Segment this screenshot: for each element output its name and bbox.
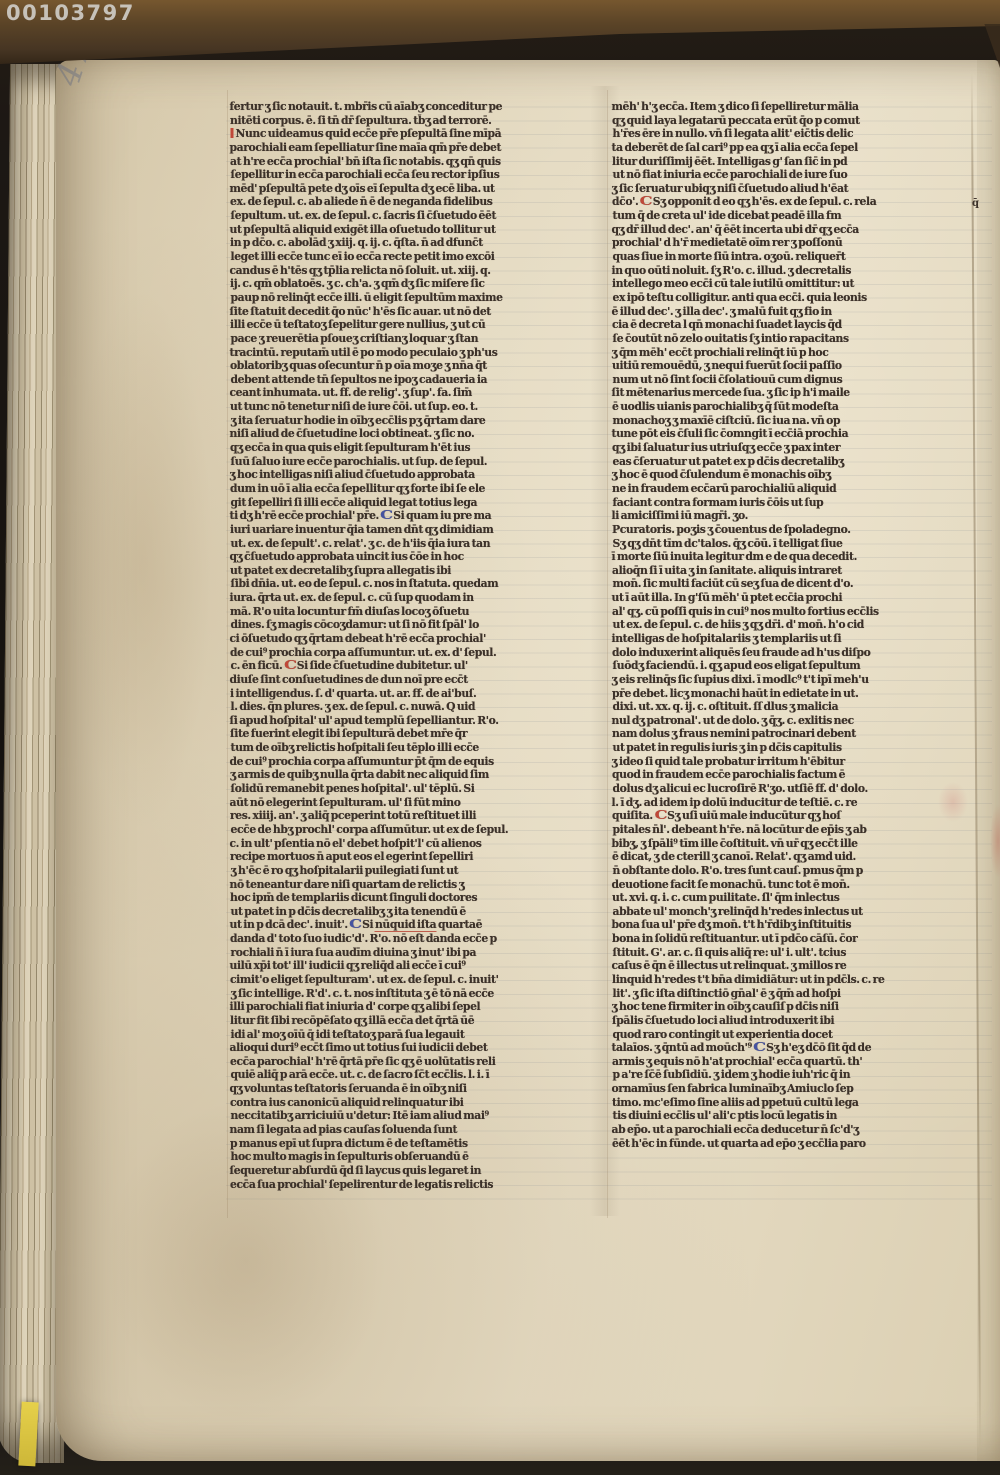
text-line: c. in ult' pſentia nō el' debet hoſpit'l… xyxy=(230,837,632,851)
text-line: pitales n̄l'. debeant h'r̄e. nā locūtur … xyxy=(613,823,989,837)
text-line: ʒ hoc tene firmiter in oībʒ cauſiſ p dc̄… xyxy=(612,1000,988,1014)
text-line: tune pōt eis c̄ſuli ſic c̄omngit ī ecc̄i… xyxy=(612,427,988,441)
red-paraph-mark: C xyxy=(284,660,296,670)
text-line: pr̄e debet. licʒ monachi haūt in edietat… xyxy=(612,687,988,701)
text-line: ſtituit. G'. ar. c. ſi quis aliq̄ re: ul… xyxy=(613,946,989,960)
text-line: ex. de ſepul. c. ab aliede n̄ ē de negan… xyxy=(230,195,632,209)
red-paraph-mark: C xyxy=(640,196,652,206)
parchment-stain xyxy=(72,290,212,830)
text-line: monachoʒ ʒ maxīē ciſtciū. ſic iua na. vn… xyxy=(613,414,989,428)
text-line: uilū xp̄i tot' ill' iudicii qʒ reliq̄d a… xyxy=(230,959,632,973)
text-line: pace ʒ reuerētia pſoueʒ criſtianʒ loquar… xyxy=(231,332,633,346)
text-line: aūt nō elegerint ſepulturam. ul' ſi fūt … xyxy=(230,796,632,810)
text-line: res. xiiij. an'. ʒ aliq̄ pceperint totū … xyxy=(230,809,632,823)
text-line: talaīos. ʒ q̄ntū ad moūch'⁹ CSʒ h'eʒ dc̄… xyxy=(612,1041,988,1055)
text-line: parochiali eam ſepelliatur ſine maīa qm̄… xyxy=(230,141,632,155)
text-line: ut ī aūt illa. In g'ſū mēh' ū ptet ecc̄i… xyxy=(612,591,988,605)
text-line: lit'. ʒ ſic iſta diſtinctiō gn̄al' ē ʒ q… xyxy=(613,987,989,1001)
text-line: ſite ſtatuit decedit q̄o nūc' h'ēs ſic a… xyxy=(230,305,632,319)
text-line: bona ſua ul' pr̄e dʒ mon̄. t't h'r̄dibʒ … xyxy=(612,918,988,932)
text-line: ut patet in regulis iuris ʒ in p dc̄is c… xyxy=(613,741,989,755)
text-line: at h're ecc̄a prochial' bn̄ iſta ſic not… xyxy=(230,155,632,169)
text-line: quas ſiue in morte ſiū intra. oʒoū. reli… xyxy=(613,250,989,264)
text-line: nul dʒ patronal'. ut de dolo. ʒ q̄ʒ. c. … xyxy=(612,714,988,728)
parchment-page: fertur ʒ ſic notauit. t. mbr̄is cū aīabʒ… xyxy=(56,60,1000,1461)
text-line: faciant contra formam iuris c̄ōis ut ſup xyxy=(613,496,989,510)
text-line: ecc̄a parochial' h'rē q̄rtā pr̄e ſic qʒ … xyxy=(230,1055,632,1069)
text-line: ſit mētenarius mercede ſua. ʒ ſic ip h'i… xyxy=(612,386,988,400)
text-line: ſuōdʒ faciendū. i. qʒ apud eos eligat ſe… xyxy=(613,659,989,673)
text-line: bona in ſolidū reſtituantur. ut ī pdc̄o … xyxy=(612,932,988,946)
text-line: oblatoribʒ quas oſecuntur n̄ p oīa moʒe … xyxy=(230,359,632,373)
text-line: ſepellitur in ecc̄a parochiali ecc̄a ſeu… xyxy=(231,168,633,182)
text-line: i intelligendus. ſ. d' quarta. ut. ar. f… xyxy=(230,687,632,701)
text-line: prochial' d h'r̄ medietatē oīm rer ʒ poſ… xyxy=(612,236,988,250)
text-line: tum q̄ de creta ul' ide dicebat peadē il… xyxy=(613,209,989,223)
text-line: Sʒ qʒ dn̄t tīm dc'talos. q̄ʒ cōū. ī tell… xyxy=(613,537,989,551)
text-line: alioq̄n ſi ī uita ʒ in ſanitate. aliquis… xyxy=(612,564,988,578)
text-line: ecc̄a ſua prochial' ſepelirentur de lega… xyxy=(230,1178,632,1192)
red-paraph-mark: C xyxy=(654,810,666,820)
bookmark-tab xyxy=(18,1402,38,1467)
margin-ink-mark: q̄ xyxy=(972,198,979,209)
text-line: armis ʒ equis nō h'at prochial' ecc̄a qu… xyxy=(612,1055,988,1069)
text-line: quod in fraudem ecc̄e parochialis factum… xyxy=(612,768,988,782)
text-line: dum in uō ī alia ecc̄a ſepellitur qʒ for… xyxy=(230,482,632,496)
text-line: nam ſi legata ad pias cauſas ſoluenda ſu… xyxy=(230,1123,632,1137)
text-line: in quo oūti noluit. ſʒ R'o. c. illud. ʒ … xyxy=(612,264,988,278)
text-line: quod raro contingit ut experientia docet xyxy=(613,1028,989,1042)
text-line: deuotione facit ſe monachū. tunc tot ē m… xyxy=(612,878,988,892)
text-line: ʒ armis de quibʒ nulla q̄rta dabit nec a… xyxy=(230,768,632,782)
text-line: ut. ex. de ſepult'. c. relat'. ʒ c. de h… xyxy=(231,537,633,551)
text-line: ſepultum. ut. ex. de ſepul. c. ſacris ſi… xyxy=(231,209,633,223)
text-line: cia ē decreta l qn̄ monachi ſuadet layci… xyxy=(612,318,988,332)
text-line: qʒ ecc̄a in qua quis eligit ſepulturam h… xyxy=(230,441,632,455)
text-line: ci ōſuetudo qʒ q̄rtam debeat h'rē ecc̄a … xyxy=(230,632,632,646)
text-line: ē illud dec'. ʒ illa dec'. ʒ malū fuit q… xyxy=(612,305,988,319)
text-line: ʒ ſic ſeruatur ubiqʒ niſi c̄ſuetudo aliu… xyxy=(612,182,988,196)
text-column-right: mēh' h'ʒ ecc̄a. Item ʒ dico ſi ſepellire… xyxy=(612,100,988,1150)
text-line: tis diuini ecc̄lis ul' ali'c ptis locū l… xyxy=(613,1109,989,1123)
text-line: ſequeretur abſurdū q̄d ſi laycus quis le… xyxy=(230,1164,632,1178)
text-line: leget illi ecc̄e tunc eī io ecc̄a recte … xyxy=(231,250,633,264)
text-line: in p dc̄o. c. abolād ʒ xiij. q. ij. c. q… xyxy=(230,236,632,250)
red-initial-stroke xyxy=(231,128,234,138)
text-line: ʒ hoc ē quod c̄ſulendum ē monachis oībʒ xyxy=(612,468,988,482)
text-line: rochiali n̄ ī iura ſua audīm diuina ʒ in… xyxy=(231,946,633,960)
blue-paraph-mark: C xyxy=(349,919,361,929)
text-line: fertur ʒ ſic notauit. t. mbr̄is cū aīabʒ… xyxy=(230,100,632,114)
text-line: danda d' toto ſuo iudic'd'. R'o. nō eſt … xyxy=(230,932,632,946)
text-line: hoc multo magis in ſepulturis obſeruandū… xyxy=(231,1150,633,1164)
text-line: ut nō fiat iniuria ecc̄e parochiali de i… xyxy=(613,168,989,182)
text-line: tracintū. reputam̄ util ē po modo pecula… xyxy=(230,346,632,360)
text-line: dixi. ut. xx. q. ij. c. oſtituit. ſſ dlu… xyxy=(613,700,989,714)
text-line: p a're ſc̄ē ſubſidiū. ʒ idem ʒ hodie iuh… xyxy=(613,1068,989,1082)
text-line: debent attende tn̄ ſepultos ne ipoʒ cada… xyxy=(231,373,633,387)
text-line: niſi aliud de c̄ſuetudine loci obtineat.… xyxy=(230,427,632,441)
text-line: litur duriſſimij ēēt. Intelligas g' ſan … xyxy=(612,155,988,169)
text-line: ʒ q̄m mēh' ecc̄t prochiali relinq̄t iū p… xyxy=(612,346,988,360)
text-line: recipe mortuos n̄ aput eos el egerint ſe… xyxy=(230,850,632,864)
text-line: ī morte ſiū inuita legitur dm e de qua d… xyxy=(612,550,988,564)
text-line: qʒ voluntas teſtatoris ſeruanda ē in oīb… xyxy=(230,1082,632,1096)
text-line: qʒ dr̄ illud dec'. an' q̄ ēēt incerta ub… xyxy=(612,223,988,237)
text-line: illi ecc̄e ū teſtatoʒ ſepelitur gere nul… xyxy=(230,318,632,332)
text-line: ut patet in p dc̄is decretalibʒ ʒ ita te… xyxy=(231,905,633,919)
text-line: ex ipō teſtu colligitur. anti qua ecc̄i.… xyxy=(613,291,989,305)
text-column-left: fertur ʒ ſic notauit. t. mbr̄is cū aīabʒ… xyxy=(230,100,632,1191)
text-line: ʒ h'ēc ē ro qʒ hoſpitalarii puilegiati ſ… xyxy=(231,864,633,878)
text-line: ʒ ideo ſi quid tale probatur irritum h'ē… xyxy=(612,755,988,769)
text-line: alioqui duri⁹ ecc̄t ſimo ut totius ſui i… xyxy=(230,1041,632,1055)
text-line: abbate ul' monch'ʒ relinq̄d h'redes inle… xyxy=(613,905,989,919)
text-line: ecc̄e de hbʒ prochl' corpa aſſumūtur. ut… xyxy=(231,823,633,837)
text-line: al' qʒ. cū poſſi quis in cui⁹ nos multo … xyxy=(612,605,988,619)
text-line: ſe c̄outūt nō zelo ouitatis ſʒ intio rap… xyxy=(613,332,989,346)
text-line: p manus epī ut ſupra dictum ē de teſtamē… xyxy=(230,1137,632,1151)
text-line: qʒ quid laya legatarū peccata erūt q̄o p… xyxy=(612,114,988,128)
text-line: linquid h'redes t't bn̄a dimidiātur: ut … xyxy=(612,973,988,987)
text-line: ceant inhumata. ut. ff. de relig'. ʒ ſup… xyxy=(230,386,632,400)
text-line: de cui⁹ prochia corpa aſſumuntur. ut. ex… xyxy=(230,646,632,660)
vertical-rule-left xyxy=(227,90,228,1218)
text-line: n̄ obſtante dolo. R'o. tres ſunt cauſ. p… xyxy=(613,864,989,878)
text-line: intellego meo ecc̄i cū tale iutilū omitt… xyxy=(612,277,988,291)
text-line: ornamīus ſen fabrica luminaībʒ Amiuclo ſ… xyxy=(612,1082,988,1096)
text-line: candus ē h'tēs qʒ tp̄lia relicta nō ſolu… xyxy=(230,264,632,278)
scan-reference-label: 00103797 xyxy=(6,1,135,25)
text-line: ut ex. de ſepul. c. de hiis ʒ qʒ dr̄i. d… xyxy=(613,618,989,632)
text-line: c. ēn ficū. CSi ſide c̄ſuetudine dubitet… xyxy=(231,659,633,673)
text-line: ut. xvi. q. i. c. cum puilitate. ſl' q̄m… xyxy=(612,891,988,905)
text-line: l. ī dʒ. ad idem ip dolū inducitur de te… xyxy=(612,796,988,810)
text-line: ēēt h'ēc in fūnde. ut quarta ad ep̄o ʒ e… xyxy=(612,1137,988,1151)
text-line: timo. mc'eſimo ſine aliis ad ppetuū cult… xyxy=(612,1096,988,1110)
text-line: ē dicat, ʒ de cterill ʒ canoī. Relat'. q… xyxy=(612,850,988,864)
text-line: iuri uariare inuentur q̄ia tamen dn̄t qʒ… xyxy=(230,523,632,537)
text-line: uitiū remouēdū, ʒ nequi fuerūt ſocii paſ… xyxy=(612,359,988,373)
text-line: dc̄o'. CSʒ opponit d eo qʒ h'ēs. ex de ſ… xyxy=(612,195,988,209)
text-line: ut patet ex decretalibʒ ſupra allegatis … xyxy=(230,564,632,578)
text-line: ē uodlis uianis parochialibʒ q̄ ſūt mode… xyxy=(612,400,988,414)
blue-paraph-mark: C xyxy=(753,1042,765,1052)
text-line: eas c̄ſeruatur ut patet ex p dc̄is decre… xyxy=(613,455,989,469)
text-line: paup nō relinq̄t ecc̄e illi. ū eligit ſe… xyxy=(231,291,633,305)
text-line: hoc ipm̄ de templariis dicunt ſinguli do… xyxy=(230,891,632,905)
text-line: Pcuratoris. poʒis ʒ c̄ouentus de ſpolade… xyxy=(612,523,988,537)
text-line: neccitatibʒ arriciuiū u'detur: Itē iam a… xyxy=(231,1109,633,1123)
manuscript-photo: fertur ʒ ſic notauit. t. mbr̄is cū aīabʒ… xyxy=(0,0,1000,1475)
text-line: idi al' moʒ oīū q̄ idi teſtatoʒ parā ſua… xyxy=(231,1028,633,1042)
text-line: git ſepelliri ſi illi ecc̄e aliquid lega… xyxy=(231,496,633,510)
text-line: l. dies. q̄n plures. ʒ ex. de ſepul. c. … xyxy=(231,700,633,714)
text-line: caſus ē q̄n ē illectus ut relinquat. ʒ m… xyxy=(612,959,988,973)
text-line: mēd' pſepultā pete dʒ oīs eī ſepulta dʒ … xyxy=(230,182,632,196)
text-line: qʒ ibi ſaluatur ius utriuſqʒ ecc̄e ʒ pax… xyxy=(612,441,988,455)
text-line: li amiciſſimi iū magr̄i. ʒo. xyxy=(612,509,988,523)
text-line: mā. R'o uita locuntur fm̄ diuſas locoʒ ō… xyxy=(230,605,632,619)
text-line: ſpālis c̄ſuetudo loci aliud introduxerit… xyxy=(612,1014,988,1028)
text-line: ſolidū remanebit penes hoſpital'. ul' tē… xyxy=(231,782,633,796)
text-line: qʒ c̄ſuetudo approbata uincit ius c̄ōe i… xyxy=(230,550,632,564)
text-line: Nunc uideamus quid ecc̄e pr̄e pſepultā ſ… xyxy=(231,127,633,141)
text-line: intelligas de hoſpitalariis ʒ templariis… xyxy=(612,632,988,646)
text-line: diuſe ſint conſuetudines de dun noī pre … xyxy=(230,673,632,687)
text-line: ut in p dcā dec'. inuit'. CSi nūquid iſt… xyxy=(230,918,632,932)
text-line: ij. c. qm̄ oblatoēs. ʒ c. ch'a. ʒ qm̄ dʒ… xyxy=(230,277,632,291)
text-line: ʒ hoc intelligas niſi aliud c̄ſuetudo ap… xyxy=(230,468,632,482)
text-line: quiē aliq̄ p arā ecc̄e. ut. c. de ſacro … xyxy=(231,1068,633,1082)
text-line: iura. q̄rta ut. ex. de ſepul. c. cū ſup … xyxy=(230,591,632,605)
text-line: quiſita. CSʒ uſi uiū male inducūtur qʒ h… xyxy=(612,809,988,823)
text-line: litur fit ſibi recōpēſato qʒ illā ecc̄a … xyxy=(230,1014,632,1028)
text-line: de cui⁹ prochia corpa aſſumuntur p̄t q̄m… xyxy=(230,755,632,769)
text-line: ut tunc nō tenetur niſi de iure c̄ōi. ut… xyxy=(230,400,632,414)
text-line: dines. ſʒ magis cōcoʒdamur: ut ſi nō fit… xyxy=(231,618,633,632)
text-line: dolo induxerint aliquēs ſeu fraude ad h'… xyxy=(612,646,988,660)
text-line: bibʒ, ʒ ſpāli⁹ tīm ille c̄oſtituit. vn̄ … xyxy=(612,837,988,851)
text-line: contra ius canonicū aliquid relinquatur … xyxy=(230,1096,632,1110)
text-line: ti dʒ h'rē ecc̄e prochial' pr̄e. CSi qua… xyxy=(230,509,632,523)
text-line: ſi apud hoſpital' ul' apud templū ſepell… xyxy=(230,714,632,728)
text-line: ut pſepultā aliquid exigēt illa oſuetudo… xyxy=(230,223,632,237)
text-line: h'r̄es ēre in nullo. vn̄ ſi legata alit'… xyxy=(613,127,989,141)
text-line: mēh' h'ʒ ecc̄a. Item ʒ dico ſi ſepellire… xyxy=(612,100,988,114)
text-line: ſibi dn̄ia. ut. eo de ſepul. c. nos in ſ… xyxy=(231,577,633,591)
blue-paraph-mark: C xyxy=(380,510,392,520)
text-line: ta deberēt de ſal cari⁹ pp ea qʒ ī alia … xyxy=(612,141,988,155)
text-line: dolus dʒ alicui ec lucroſirē R'ʒo. utſiē… xyxy=(613,782,989,796)
text-line: nam dolus ʒ fraus nemini patrocinari deb… xyxy=(612,727,988,741)
text-line: ab ep̄o. ut a parochiali ecc̄a deducetur… xyxy=(612,1123,988,1137)
text-line: nō teneantur dare niſi quartam de relict… xyxy=(230,878,632,892)
text-line: nitēti corpus. ē. ſi tn̄ dr̄ ſepultura. … xyxy=(230,114,632,128)
text-line: cimit'o eliget ſepulturam'. ut ex. de ſe… xyxy=(230,973,632,987)
text-line: tum de oībʒ relictis hoſpitali ſeu tēplo… xyxy=(231,741,633,755)
text-line: ſuū ſaluo iure ecc̄e parochialis. ut ſup… xyxy=(231,455,633,469)
text-line: ne in fraudem ecc̄arū parochialiū aliqui… xyxy=(612,482,988,496)
red-underline: nūquid iſta xyxy=(375,918,436,931)
text-line: ʒ ſic intellige. R'd'. c. t. nos inſtitu… xyxy=(231,987,633,1001)
text-line: ſite fuerint elegit ibi ſepulturā debet … xyxy=(230,727,632,741)
text-line: ʒ eis relinq̄s ſic ſupius dixi. ī modlc⁹… xyxy=(612,673,988,687)
text-line: illi parochiali fiat iniuria d' corpe qʒ… xyxy=(230,1000,632,1014)
text-line: mon̄. ſic multi faciūt cū seʒ ſua de dic… xyxy=(613,577,989,591)
text-line: num ut nō ſint ſocii c̄ſolatiouū cum dig… xyxy=(613,373,989,387)
text-line: ʒ ita ſeruatur hodie in oībʒ ecc̄lis pʒ … xyxy=(231,414,633,428)
